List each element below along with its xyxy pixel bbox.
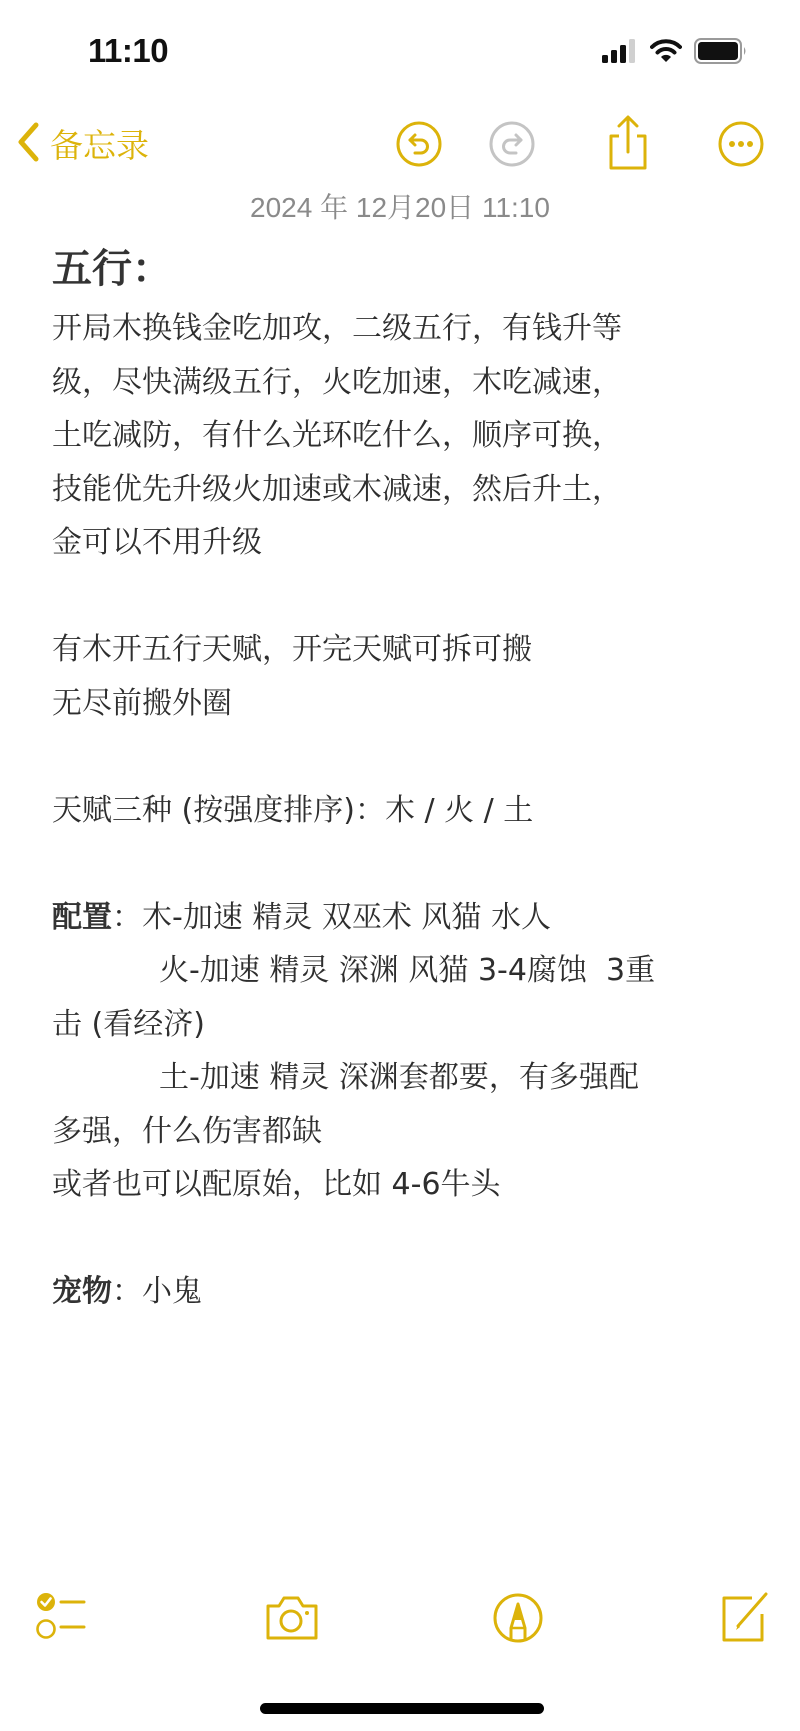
pet-line: 宠物：小鬼 — [52, 1265, 752, 1319]
back-label: 备忘录 — [50, 120, 149, 167]
talent-line: 天赋三种 (按强度排序)：木 / 火 / 土 — [52, 784, 752, 838]
blank-line — [52, 1212, 752, 1266]
pet-label-colon: ： — [112, 1274, 142, 1309]
compose-icon[interactable] — [718, 1590, 774, 1646]
status-icons — [602, 38, 748, 68]
notes-screen: 11:10 — [0, 0, 800, 1731]
chevron-left-icon — [16, 121, 40, 167]
cellular-signal-icon — [602, 39, 638, 67]
note-line: 无尽前搬外圈 — [52, 677, 752, 731]
note-line: 级，尽快满级五行，火吃加速，木吃减速， — [52, 356, 752, 410]
note-line: 土吃减防，有什么光环吃什么，顺序可换， — [52, 409, 752, 463]
home-indicator[interactable] — [260, 1703, 544, 1714]
redo-icon[interactable] — [487, 119, 537, 169]
note-body[interactable]: 五行： 开局木换钱金吃加攻，二级五行，有钱升等 级，尽快满级五行，火吃加速，木吃… — [52, 238, 752, 1319]
undo-icon[interactable] — [394, 119, 444, 169]
pet-value: 小鬼 — [142, 1274, 202, 1309]
nav-bar: 备忘录 — [0, 110, 800, 180]
config-earth-line: 土-加速 精灵 深渊套都要，有多强配 — [52, 1051, 752, 1105]
note-title: 五行： — [52, 238, 752, 300]
wifi-icon — [650, 39, 682, 67]
blank-line — [52, 837, 752, 891]
note-line: 技能优先升级火加速或木减速，然后升土， — [52, 463, 752, 517]
status-bar: 11:10 — [0, 0, 800, 100]
note-line: 有木开五行天赋，开完天赋可拆可搬 — [52, 623, 752, 677]
note-line: 开局木换钱金吃加攻，二级五行，有钱升等 — [52, 302, 752, 356]
bottom-toolbar — [0, 1590, 800, 1650]
more-icon[interactable] — [716, 119, 766, 169]
share-icon[interactable] — [603, 114, 653, 174]
config-alt-line: 或者也可以配原始，比如 4-6牛头 — [52, 1158, 752, 1212]
config-fire-line-cont: 击 (看经济) — [52, 998, 752, 1052]
config-label-colon: ： — [112, 900, 142, 935]
camera-icon[interactable] — [264, 1590, 320, 1646]
note-line: 金可以不用升级 — [52, 516, 752, 570]
note-date: 2024 年 12月20日 11:10 — [0, 186, 800, 226]
blank-line — [52, 730, 752, 784]
config-wood-line: 配置：木-加速 精灵 双巫术 风猫 水人 — [52, 891, 752, 945]
status-time: 11:10 — [88, 32, 168, 70]
back-button[interactable]: 备忘录 — [16, 120, 149, 167]
pet-label: 宠物 — [52, 1274, 112, 1309]
checklist-icon[interactable] — [34, 1590, 90, 1646]
blank-line — [52, 570, 752, 624]
config-earth-line-cont: 多强，什么伤害都缺 — [52, 1105, 752, 1159]
battery-icon — [694, 38, 748, 68]
config-label: 配置 — [52, 900, 112, 935]
markup-icon[interactable] — [490, 1590, 546, 1646]
config-fire-line: 火-加速 精灵 深渊 风猫 3-4腐蚀 3重 — [52, 944, 752, 998]
config-wood: 木-加速 精灵 双巫术 风猫 水人 — [142, 900, 551, 935]
